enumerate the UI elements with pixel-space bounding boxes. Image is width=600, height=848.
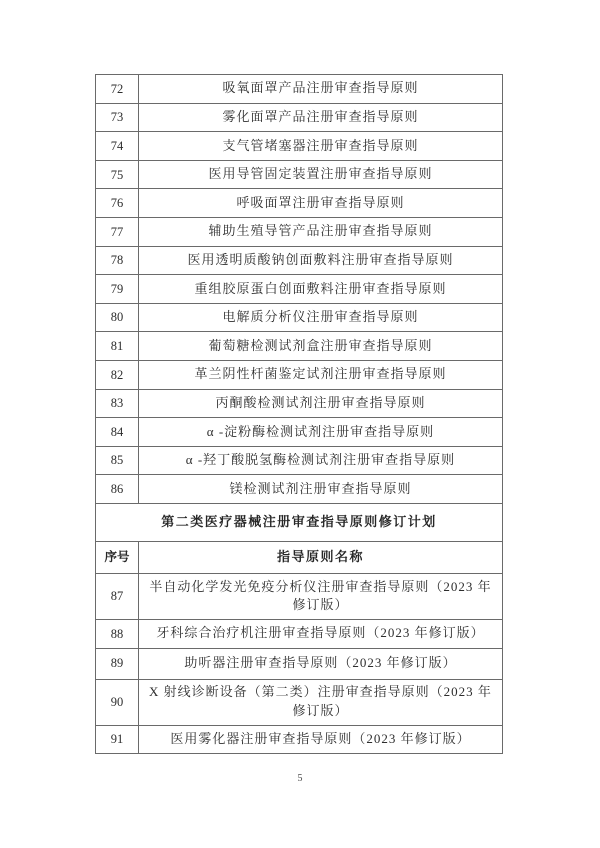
row-number-cell: 80 xyxy=(96,303,139,332)
guideline-name-cell: 助听器注册审查指导原则（2023 年修订版） xyxy=(139,648,503,679)
guideline-name-cell: α -淀粉酶检测试剂注册审查指导原则 xyxy=(139,418,503,447)
section-header-row: 第二类医疗器械注册审查指导原则修订计划 xyxy=(96,503,503,541)
guideline-name-cell: 丙酮酸检测试剂注册审查指导原则 xyxy=(139,389,503,418)
table-row: 91 医用雾化器注册审查指导原则（2023 年修订版） xyxy=(96,725,503,754)
guidelines-table: 72 吸氧面罩产品注册审查指导原则 73 雾化面罩产品注册审查指导原则 74 支… xyxy=(95,74,503,754)
table-row: 87 半自动化学发光免疫分析仪注册审查指导原则（2023 年修订版） xyxy=(96,573,503,619)
guideline-name-cell: X 射线诊断设备（第二类）注册审查指导原则（2023 年修订版） xyxy=(139,679,503,725)
table-row: 84 α -淀粉酶检测试剂注册审查指导原则 xyxy=(96,418,503,447)
row-number-cell: 79 xyxy=(96,275,139,304)
table-row: 83 丙酮酸检测试剂注册审查指导原则 xyxy=(96,389,503,418)
table-row: 74 支气管堵塞器注册审查指导原则 xyxy=(96,132,503,161)
guideline-name-cell: α -羟丁酸脱氢酶检测试剂注册审查指导原则 xyxy=(139,446,503,475)
table-row: 73 雾化面罩产品注册审查指导原则 xyxy=(96,103,503,132)
table-row: 82 革兰阴性杆菌鉴定试剂注册审查指导原则 xyxy=(96,360,503,389)
row-number-cell: 73 xyxy=(96,103,139,132)
table-row: 79 重组胶原蛋白创面敷料注册审查指导原则 xyxy=(96,275,503,304)
guideline-name-cell: 葡萄糖检测试剂盒注册审查指导原则 xyxy=(139,332,503,361)
column-header-no: 序号 xyxy=(96,541,139,573)
table-row: 81 葡萄糖检测试剂盒注册审查指导原则 xyxy=(96,332,503,361)
table-row: 78 医用透明质酸钠创面敷料注册审查指导原则 xyxy=(96,246,503,275)
guideline-name-cell: 电解质分析仪注册审查指导原则 xyxy=(139,303,503,332)
document-page: 72 吸氧面罩产品注册审查指导原则 73 雾化面罩产品注册审查指导原则 74 支… xyxy=(0,0,600,848)
row-number-cell: 90 xyxy=(96,679,139,725)
row-number-cell: 88 xyxy=(96,619,139,648)
row-number-cell: 84 xyxy=(96,418,139,447)
guideline-name-cell: 牙科综合治疗机注册审查指导原则（2023 年修订版） xyxy=(139,619,503,648)
page-number: 5 xyxy=(0,773,600,784)
row-number-cell: 87 xyxy=(96,573,139,619)
table-row: 76 呼吸面罩注册审查指导原则 xyxy=(96,189,503,218)
column-header-row: 序号 指导原则名称 xyxy=(96,541,503,573)
guideline-name-cell: 医用导管固定装置注册审查指导原则 xyxy=(139,160,503,189)
table-row: 86 镁检测试剂注册审查指导原则 xyxy=(96,475,503,504)
row-number-cell: 76 xyxy=(96,189,139,218)
row-number-cell: 82 xyxy=(96,360,139,389)
guideline-name-cell: 镁检测试剂注册审查指导原则 xyxy=(139,475,503,504)
table-row: 89 助听器注册审查指导原则（2023 年修订版） xyxy=(96,648,503,679)
table-row: 80 电解质分析仪注册审查指导原则 xyxy=(96,303,503,332)
row-number-cell: 72 xyxy=(96,75,139,104)
guideline-name-cell: 医用雾化器注册审查指导原则（2023 年修订版） xyxy=(139,725,503,754)
row-number-cell: 81 xyxy=(96,332,139,361)
row-number-cell: 83 xyxy=(96,389,139,418)
guideline-name-cell: 辅助生殖导管产品注册审查指导原则 xyxy=(139,217,503,246)
row-number-cell: 78 xyxy=(96,246,139,275)
guideline-name-cell: 支气管堵塞器注册审查指导原则 xyxy=(139,132,503,161)
row-number-cell: 85 xyxy=(96,446,139,475)
table-row: 75 医用导管固定装置注册审查指导原则 xyxy=(96,160,503,189)
row-number-cell: 74 xyxy=(96,132,139,161)
guideline-name-cell: 重组胶原蛋白创面敷料注册审查指导原则 xyxy=(139,275,503,304)
table-row: 90 X 射线诊断设备（第二类）注册审查指导原则（2023 年修订版） xyxy=(96,679,503,725)
guideline-name-cell: 医用透明质酸钠创面敷料注册审查指导原则 xyxy=(139,246,503,275)
guideline-name-cell: 吸氧面罩产品注册审查指导原则 xyxy=(139,75,503,104)
guideline-name-cell: 雾化面罩产品注册审查指导原则 xyxy=(139,103,503,132)
column-header-name: 指导原则名称 xyxy=(139,541,503,573)
row-number-cell: 89 xyxy=(96,648,139,679)
row-number-cell: 77 xyxy=(96,217,139,246)
row-number-cell: 91 xyxy=(96,725,139,754)
guideline-name-cell: 半自动化学发光免疫分析仪注册审查指导原则（2023 年修订版） xyxy=(139,573,503,619)
section-title: 第二类医疗器械注册审查指导原则修订计划 xyxy=(96,503,503,541)
guideline-name-cell: 革兰阴性杆菌鉴定试剂注册审查指导原则 xyxy=(139,360,503,389)
table-row: 72 吸氧面罩产品注册审查指导原则 xyxy=(96,75,503,104)
row-number-cell: 86 xyxy=(96,475,139,504)
table-row: 88 牙科综合治疗机注册审查指导原则（2023 年修订版） xyxy=(96,619,503,648)
table-row: 77 辅助生殖导管产品注册审查指导原则 xyxy=(96,217,503,246)
table-row: 85 α -羟丁酸脱氢酶检测试剂注册审查指导原则 xyxy=(96,446,503,475)
row-number-cell: 75 xyxy=(96,160,139,189)
guideline-name-cell: 呼吸面罩注册审查指导原则 xyxy=(139,189,503,218)
